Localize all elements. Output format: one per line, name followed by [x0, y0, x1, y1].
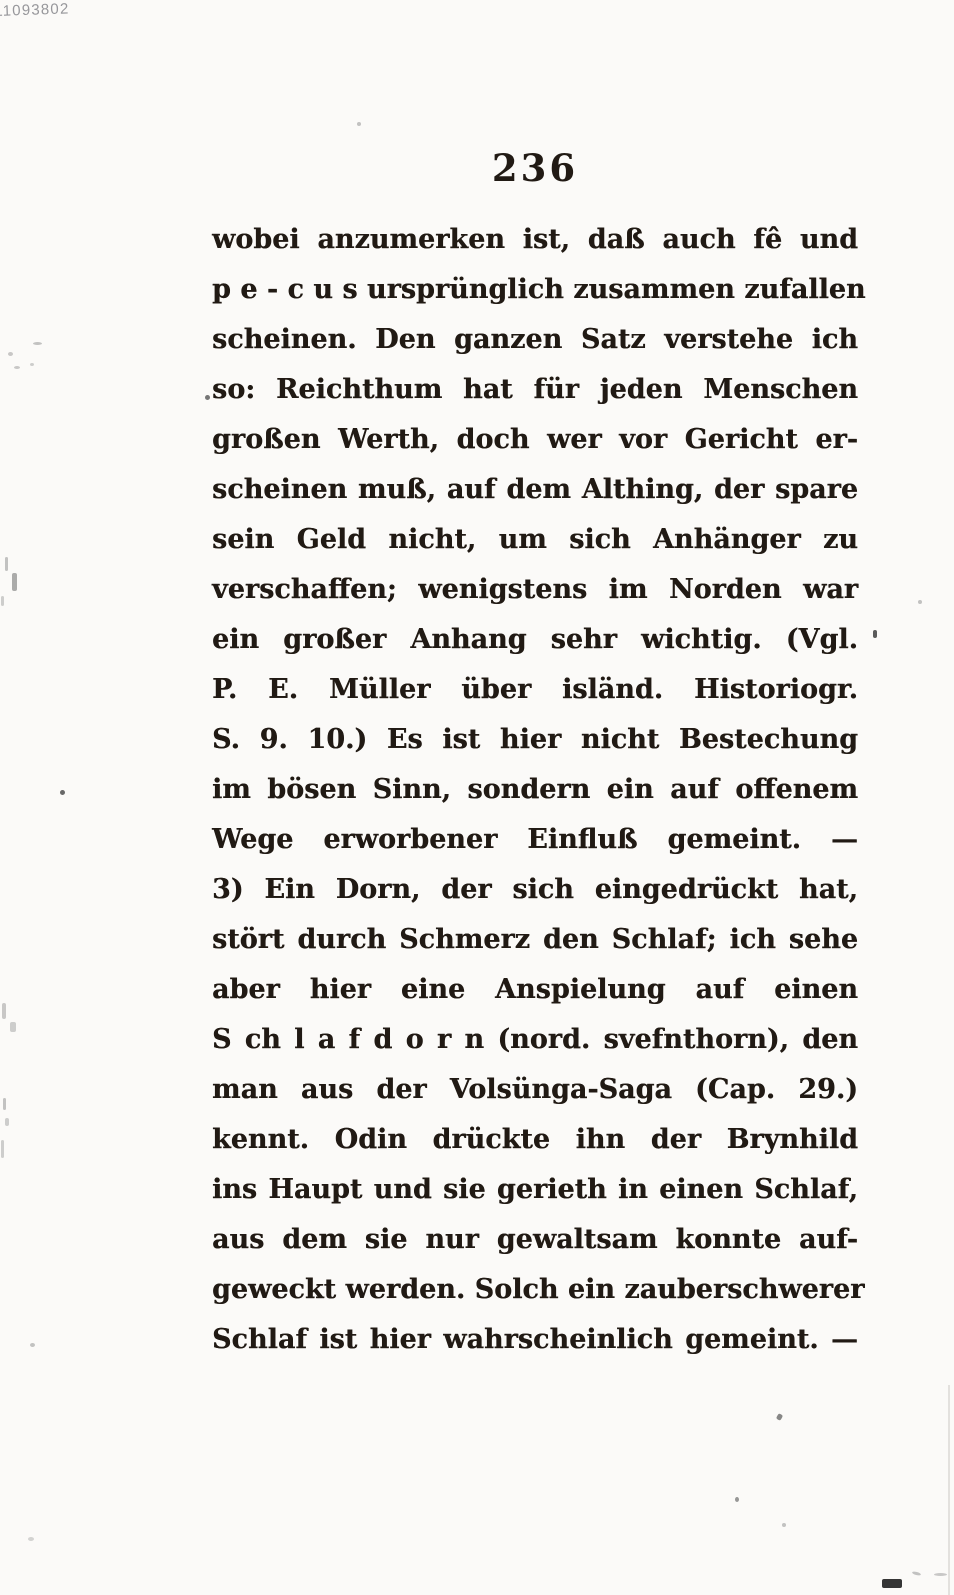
- text-line: im bösen Sinn, sondern ein auf offenem: [212, 765, 858, 815]
- text-line: geweckt werden. Solch ein zauberschwerer: [212, 1265, 858, 1315]
- ink-speck: [776, 1413, 783, 1421]
- ink-speck: [357, 122, 361, 126]
- ink-speck: [28, 1537, 34, 1541]
- text-line: stört durch Schmerz den Schlaf; ich sehe: [212, 915, 858, 965]
- text-line: man aus der Volsünga-Saga (Cap. 29.): [212, 1065, 858, 1115]
- text-line: verschaffen; wenigstens im Norden war: [212, 565, 858, 615]
- text-line: p e - c u s ursprünglich zusammen zufall…: [212, 265, 858, 315]
- ink-speck: [934, 1573, 947, 1576]
- text-line: scheinen. Den ganzen Satz verstehe ich: [212, 315, 858, 365]
- ink-speck: [12, 573, 17, 591]
- text-line: S ch l a f d o r n (nord. svefnthorn), d…: [212, 1015, 858, 1065]
- ink-speck: [912, 1571, 921, 1576]
- text-line: S. 9. 10.) Es ist hier nicht Bestechung: [212, 715, 858, 765]
- text-line: so: Reichthum hat für jeden Menschen: [212, 365, 858, 415]
- text-line: wobei anzumerken ist, daß auch fê und: [212, 215, 858, 265]
- scan-watermark-id: 11093802: [0, 0, 70, 20]
- ink-speck: [735, 1497, 739, 1502]
- ink-speck: [30, 1343, 35, 1347]
- ink-speck: [5, 557, 8, 571]
- text-line: Schlaf ist hier wahrscheinlich gemeint. …: [212, 1315, 858, 1365]
- text-line: großen Werth, doch wer vor Gericht er-: [212, 415, 858, 465]
- scan-smudge: [882, 1579, 902, 1588]
- text-line: ins Haupt und sie gerieth in einen Schla…: [212, 1165, 858, 1215]
- text-line: aber hier eine Anspielung auf einen: [212, 965, 858, 1015]
- ink-speck: [3, 1098, 6, 1110]
- text-line: P. E. Müller über isländ. Historiogr.: [212, 665, 858, 715]
- text-line: 3) Ein Dorn, der sich eingedrückt hat,: [212, 865, 858, 915]
- ink-speck: [1, 596, 4, 606]
- ink-speck: [10, 1022, 16, 1032]
- text-line: Wege erworbener Einfluß gemeint. —: [212, 815, 858, 865]
- ink-speck: [8, 352, 13, 356]
- ink-speck: [5, 1118, 9, 1126]
- ink-speck: [60, 790, 65, 795]
- body-text: wobei anzumerken ist, daß auch fê undp e…: [212, 215, 858, 1365]
- text-line: kennt. Odin drückte ihn der Brynhild: [212, 1115, 858, 1165]
- ink-speck: [1, 1140, 4, 1158]
- ink-speck: [782, 1523, 786, 1527]
- ink-speck: [918, 600, 922, 604]
- text-line: aus dem sie nur gewaltsam konnte auf-: [212, 1215, 858, 1265]
- text-line: sein Geld nicht, um sich Anhänger zu: [212, 515, 858, 565]
- ink-speck: [873, 630, 877, 638]
- ink-speck: [14, 366, 20, 369]
- ink-speck: [2, 1003, 6, 1019]
- text-line: scheinen muß, auf dem Althing, der spare: [212, 465, 858, 515]
- text-line: ein großer Anhang sehr wichtig. (Vgl.: [212, 615, 858, 665]
- ink-speck: [205, 395, 210, 400]
- ink-speck: [33, 342, 42, 345]
- scanned-book-page: 11093802 236 wobei anzumerken ist, daß a…: [0, 0, 954, 1595]
- page-number: 236: [212, 146, 858, 190]
- ink-speck: [30, 363, 34, 366]
- paper-edge: [948, 1385, 950, 1595]
